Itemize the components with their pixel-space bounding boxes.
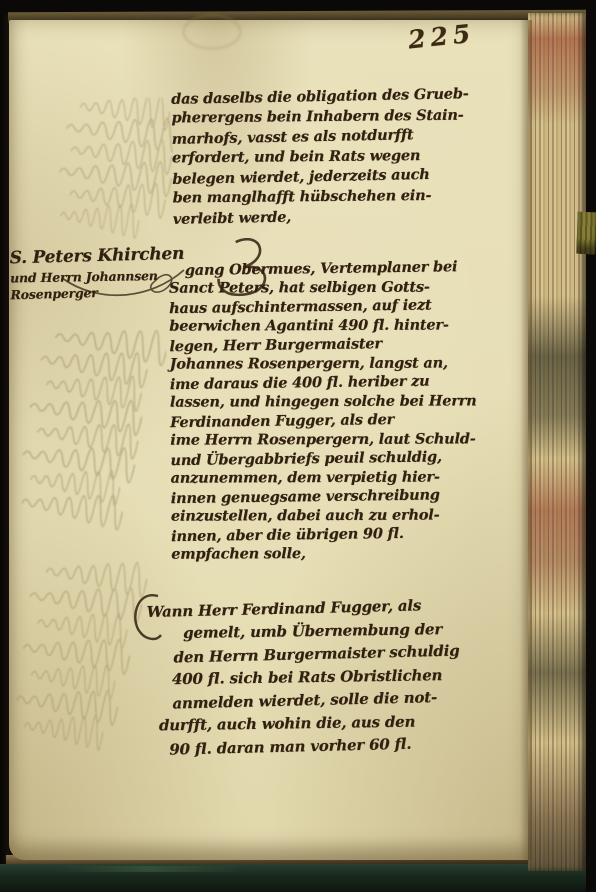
marginal-note: S. Peters Khirchen und Herrn Johannsen R… <box>9 244 185 303</box>
table-surface <box>0 864 596 892</box>
text-line: empfachen solle, <box>171 544 478 564</box>
paragraph-1: das daselbs die obligation des Grueb- ph… <box>171 86 470 230</box>
background-right <box>586 0 596 892</box>
paragraph-2: gang Obermues, Vertemplaner bei Sanct Pe… <box>169 259 478 566</box>
paragraph-3: Wann Herr Ferdinand Fugger, als gemelt, … <box>170 596 461 762</box>
binding-clasp <box>576 212 596 255</box>
ink-bleedthrough <box>58 98 173 243</box>
paper-stain <box>182 14 242 50</box>
book-page-edges <box>528 13 586 871</box>
text-line: gang Obermues, Vertemplaner bei <box>185 258 476 281</box>
manuscript-photo: 225 S. Peters Khirchen und Herrn Johanns… <box>0 0 596 892</box>
page-gutter-shadow <box>520 20 532 860</box>
ink-bleedthrough <box>16 330 166 535</box>
background-left <box>0 0 9 892</box>
